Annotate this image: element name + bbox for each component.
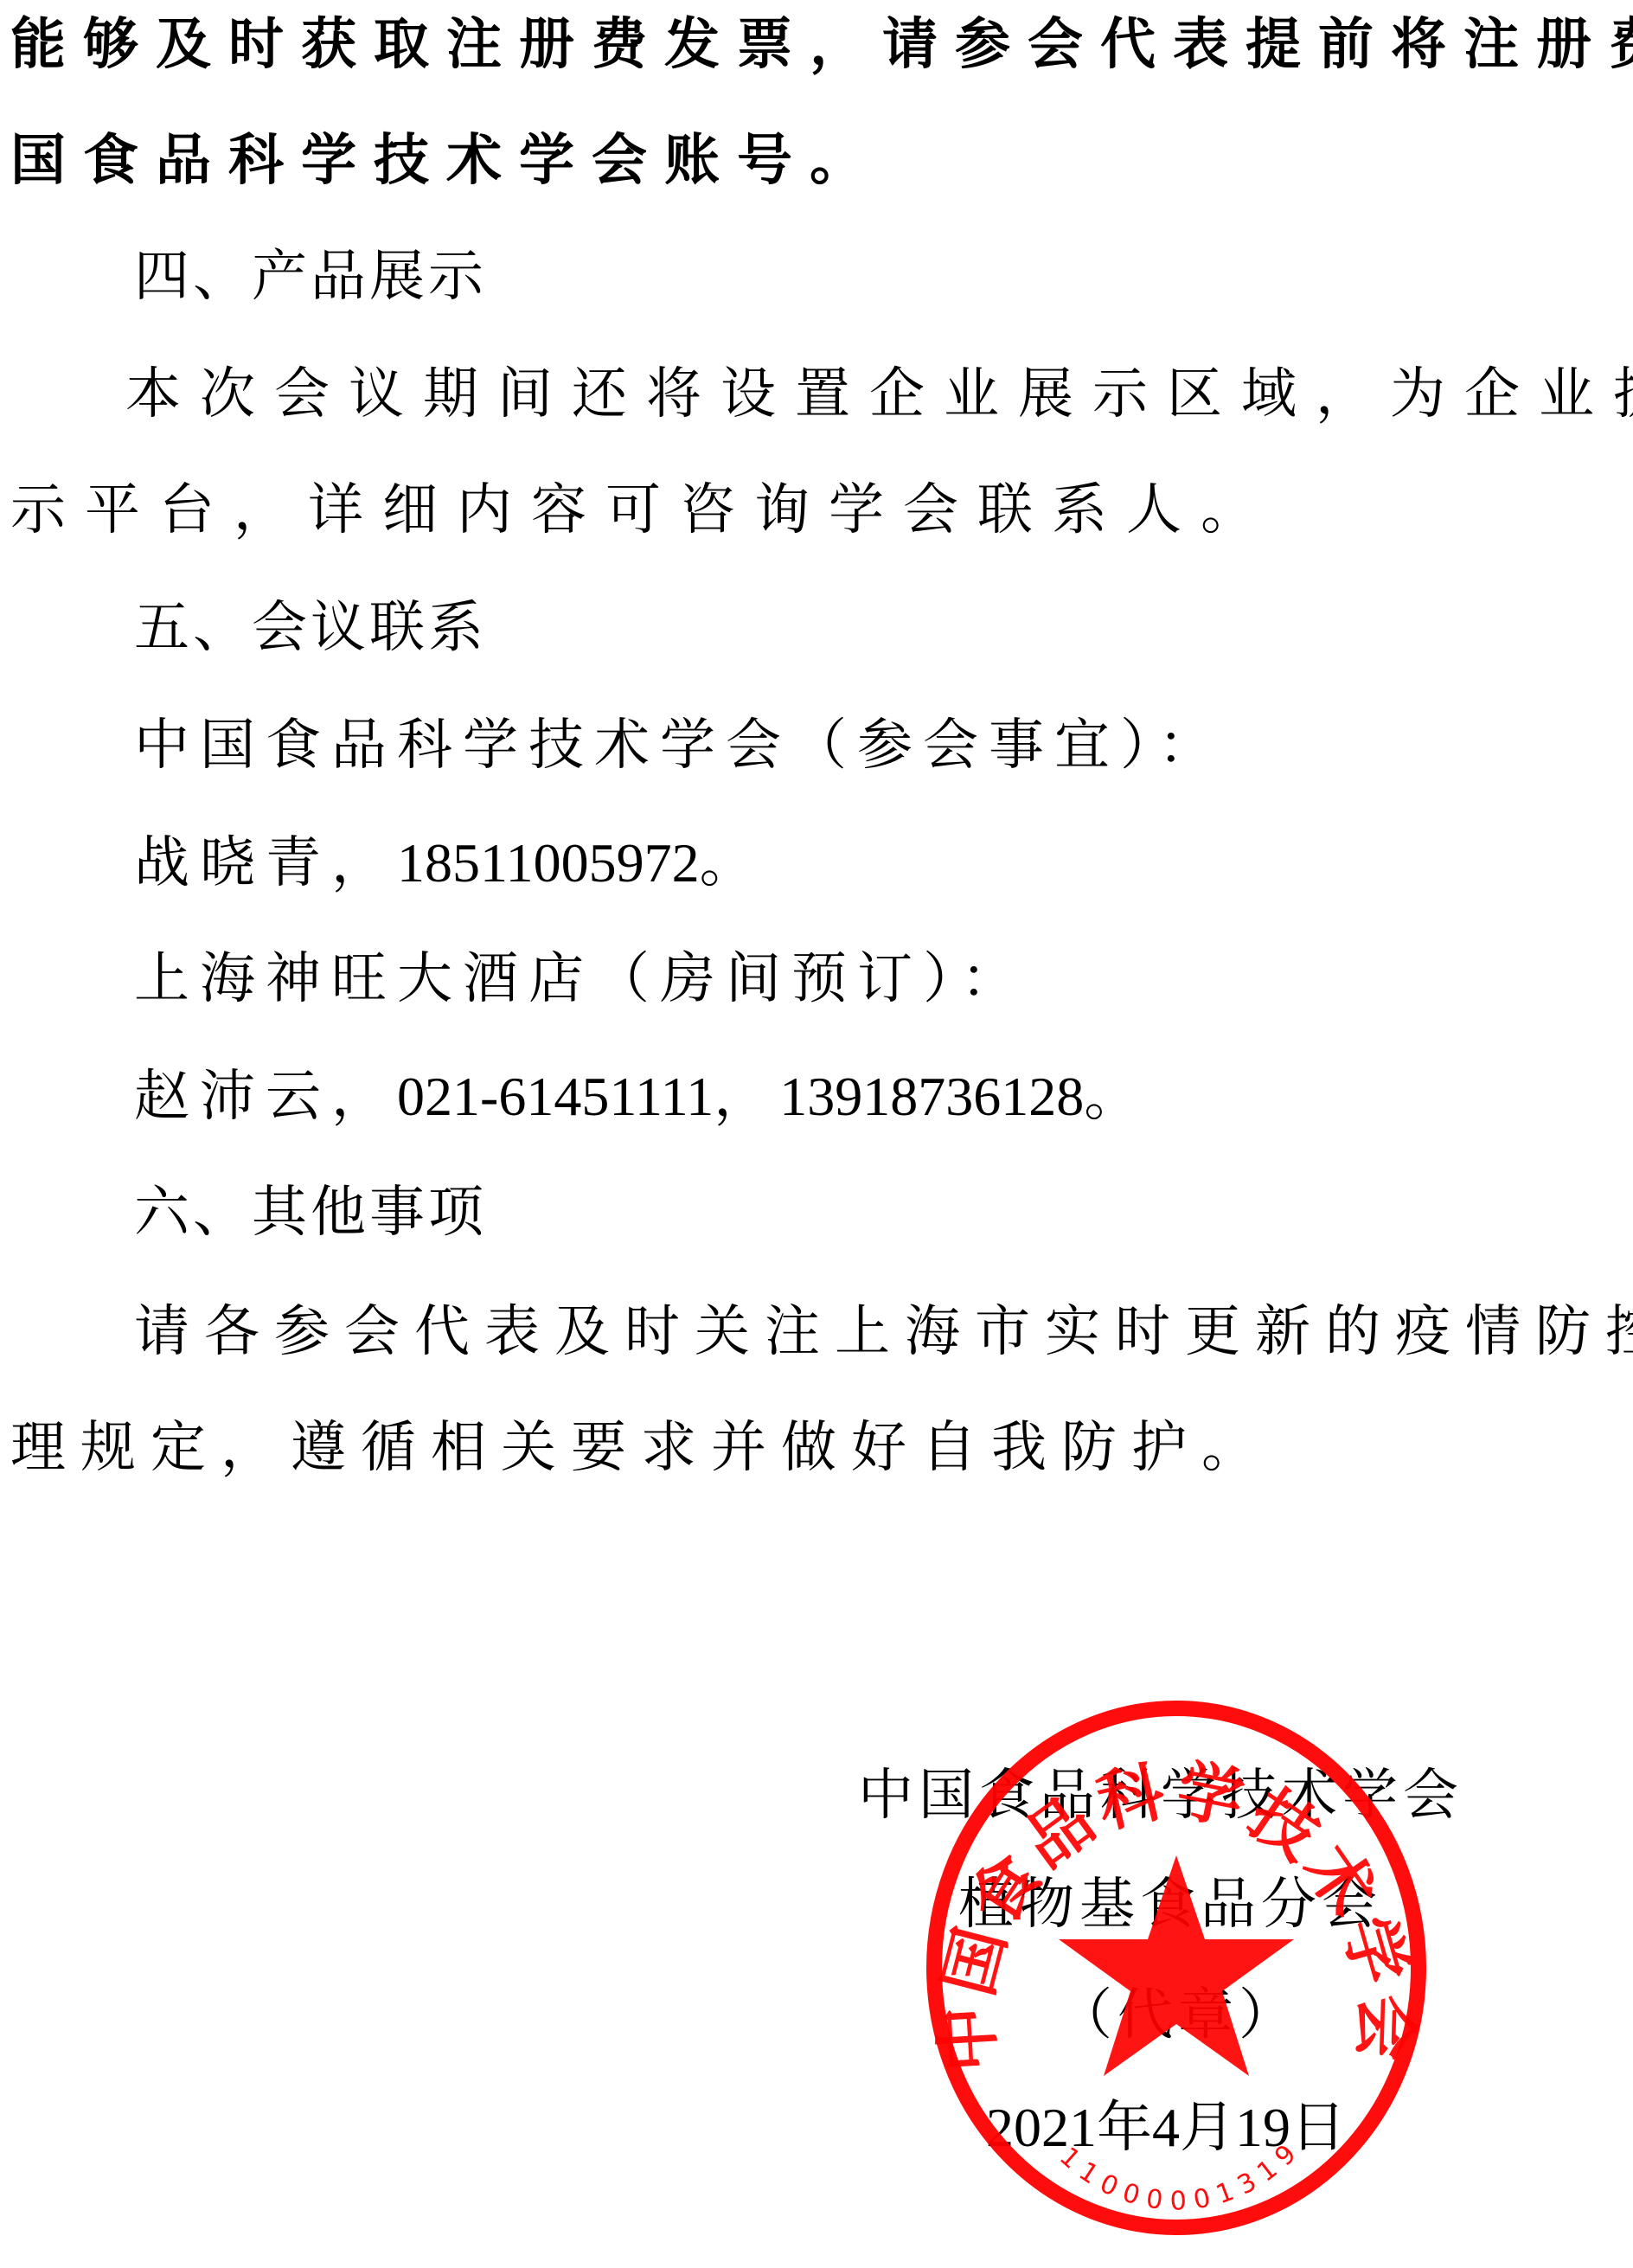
signature-branch: 植物基食品分会 xyxy=(958,1870,1382,1939)
section4-body-line-1: 本次会议期间还将设置企业展示区域，为企业提供产品展 xyxy=(125,360,1633,429)
section-heading-product-display: 四、产品展示 xyxy=(134,242,487,311)
section6-body-line-1: 请各参会代表及时关注上海市实时更新的疫情防控管 xyxy=(134,1297,1633,1367)
contact-person-2-end: 。 xyxy=(1084,1065,1150,1129)
paragraph-line-1: 能够及时获取注册费发票，请参会代表提前将注册费转账至中 xyxy=(10,10,1633,80)
signature-date: 2021年4月19日 xyxy=(986,2093,1346,2162)
contact-person-2: 赵沛云，021-61451111，13918736128。 xyxy=(134,1062,1150,1131)
contact-person-1-end: 。 xyxy=(700,831,765,895)
contact-org-hotel: 上海神旺大酒店（房间预订）： xyxy=(134,945,1027,1014)
contact-person-2-separator: ， xyxy=(714,1065,779,1129)
signature-note: （代章） xyxy=(1057,1981,1299,2050)
section4-body-line-2: 示平台，详细内容可咨询学会联系人。 xyxy=(10,476,1275,545)
contact-person-2-name: 赵沛云， xyxy=(134,1065,397,1129)
section6-body-line-2: 理规定，遵循相关要求并做好自我防护。 xyxy=(10,1413,1271,1483)
signature-organization: 中国食品科学技术学会 xyxy=(858,1761,1463,1830)
contact-person-1-phone: 18511005972 xyxy=(397,832,700,894)
contact-org-registration: 中国食品科学技术学会（参会事宜）： xyxy=(134,711,1224,780)
section-heading-meeting-contact: 五、会议联系 xyxy=(134,593,487,663)
contact-person-1: 战晓青，18511005972。 xyxy=(134,829,765,898)
section-heading-other-matters: 六、其他事项 xyxy=(134,1178,487,1247)
paragraph-line-2: 国食品科学技术学会账号。 xyxy=(10,126,882,195)
contact-person-2-phone-mobile: 13918736128 xyxy=(779,1066,1084,1127)
contact-person-2-phone-landline: 021-61451111 xyxy=(397,1066,714,1127)
contact-person-1-name: 战晓青， xyxy=(134,831,397,895)
